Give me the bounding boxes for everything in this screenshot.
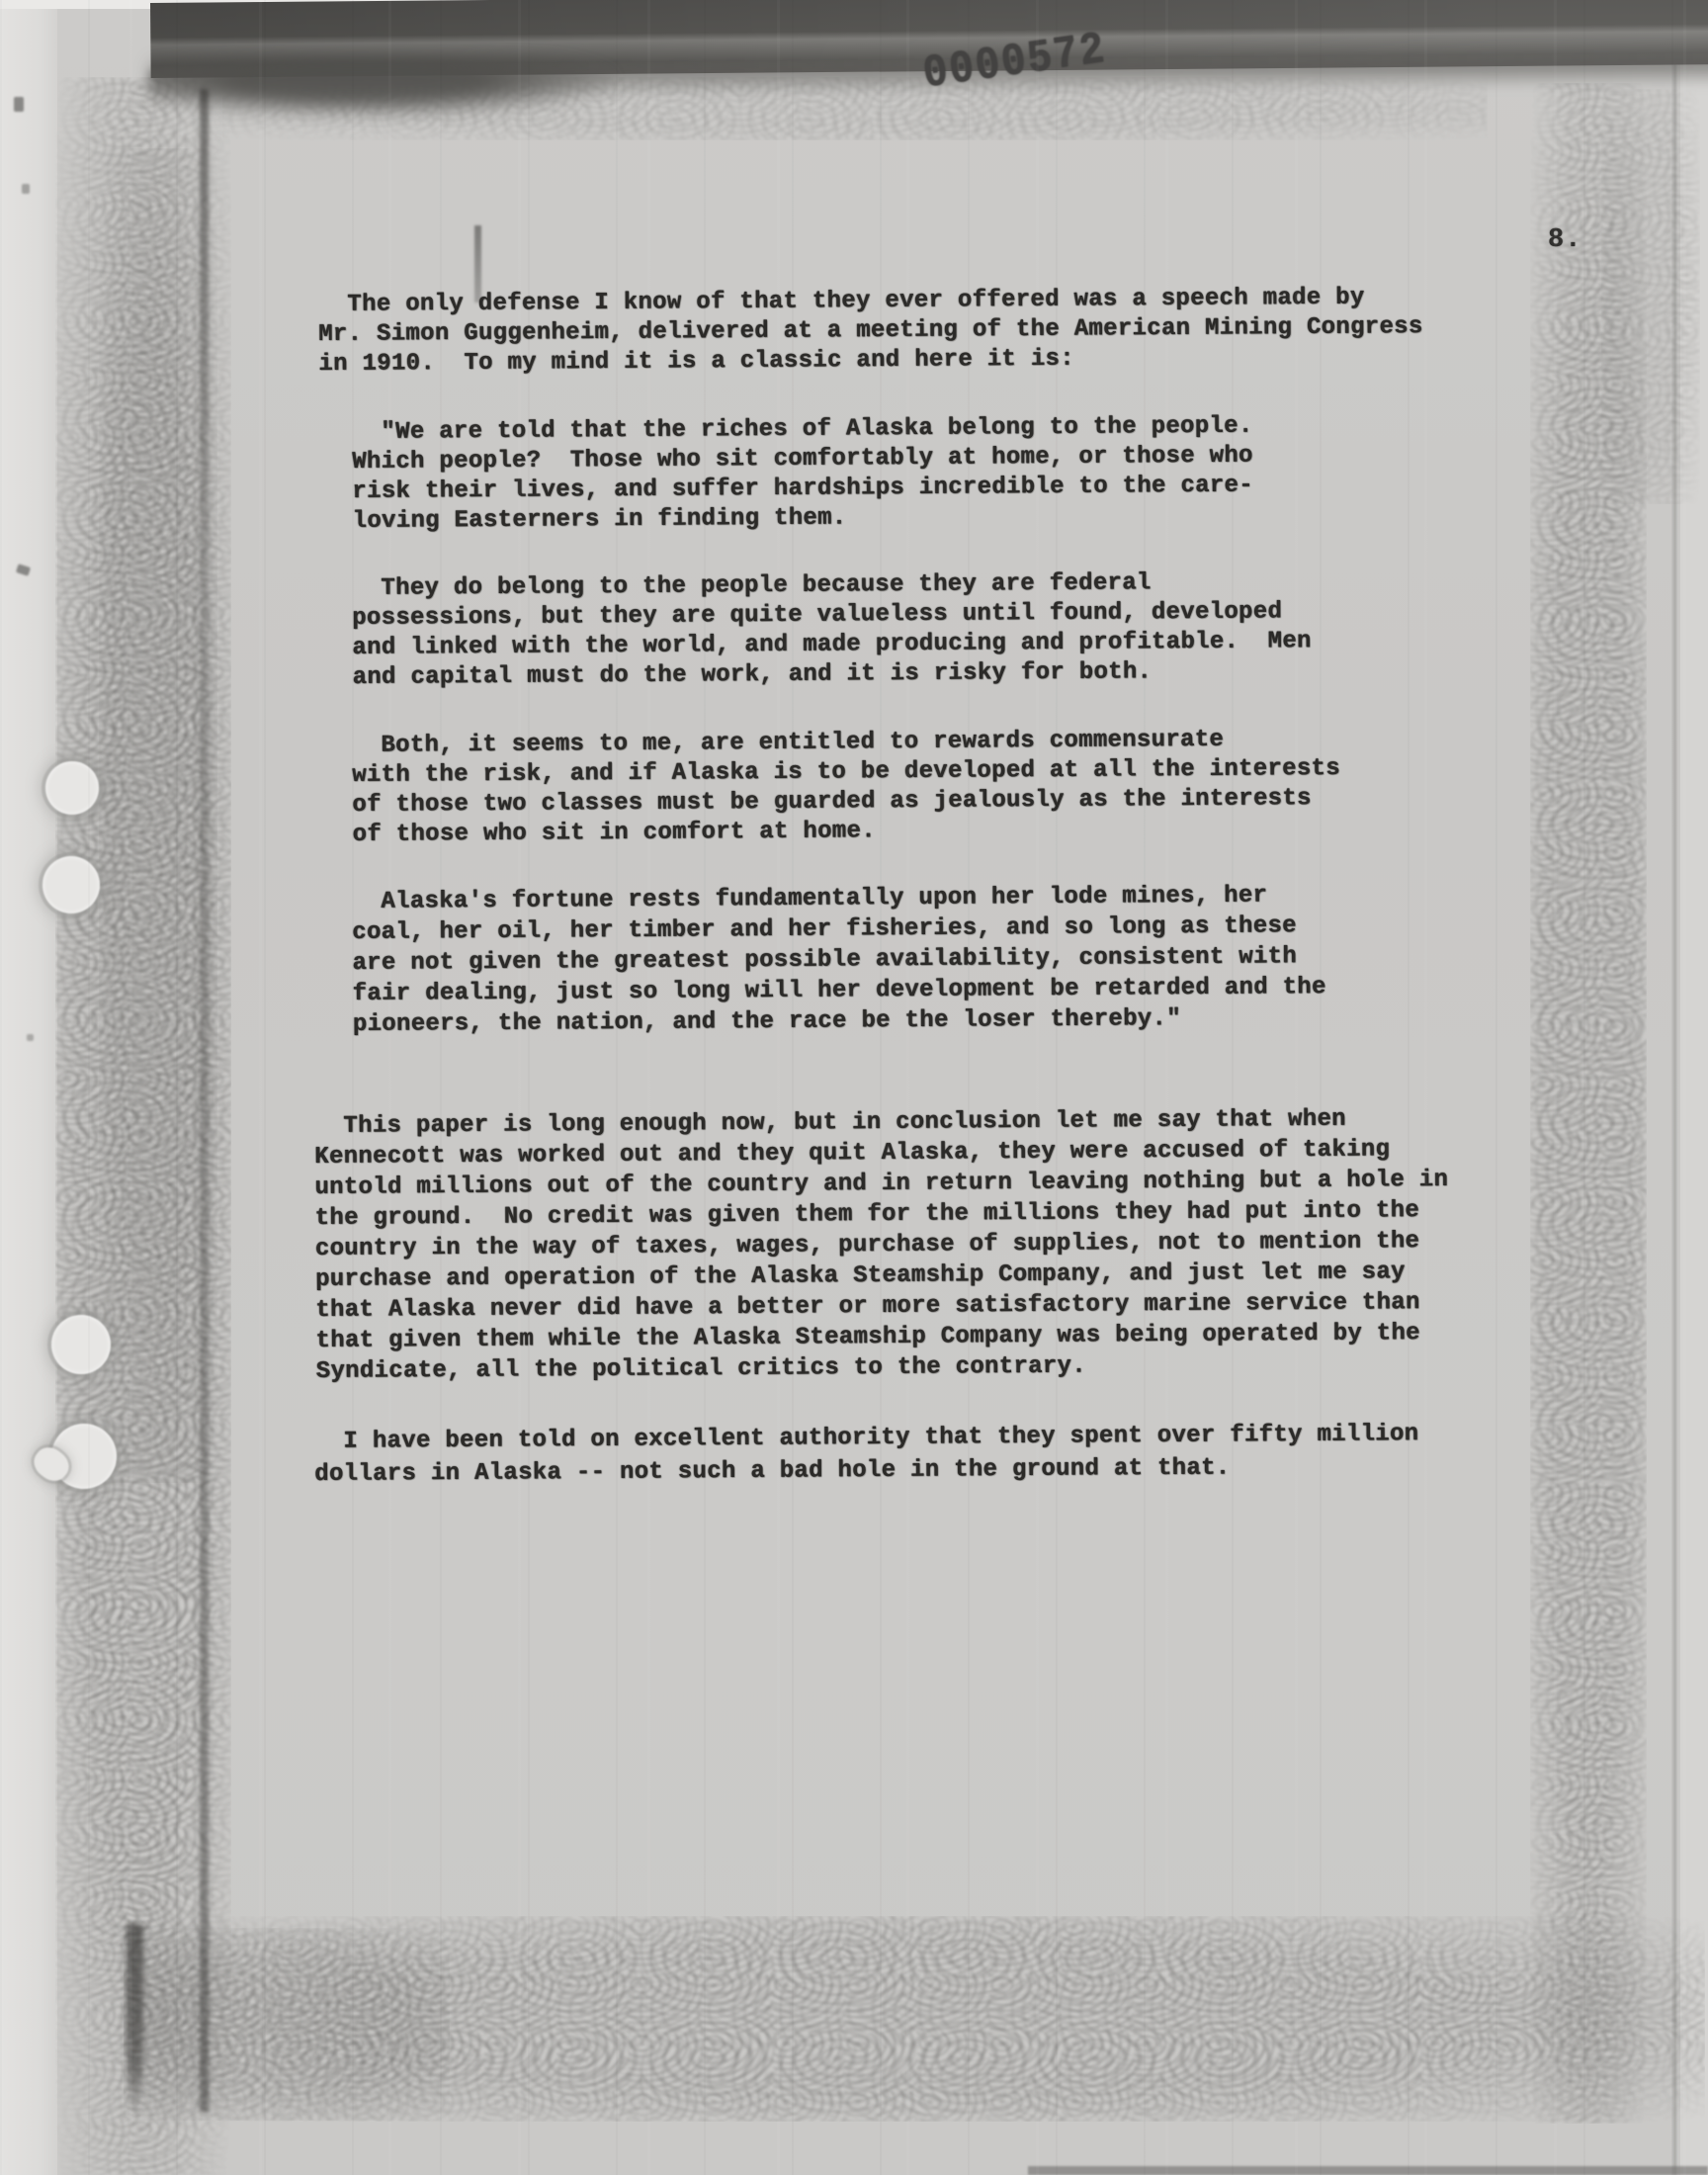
quote-paragraph-4: Alaska's fortune rests fundamentally upo…: [352, 880, 1326, 1040]
right-scan-noise: [1530, 83, 1647, 2124]
paragraph-intro: The only defense I know of that they eve…: [318, 283, 1423, 380]
punch-hole: [43, 856, 100, 913]
bottom-fold-streak: [127, 1924, 143, 2118]
punch-hole: [51, 1315, 111, 1374]
edge-smudge: [22, 184, 30, 194]
right-edge-line: [1673, 0, 1676, 2175]
top-scan-band-lobe: [148, 57, 613, 117]
bottom-edge-shadow: [1028, 2166, 1708, 2175]
quote-paragraph-3: Both, it seems to me, are entitled to re…: [352, 725, 1341, 850]
right-paper-edge: [1680, 0, 1708, 2175]
edge-smudge: [14, 97, 24, 112]
left-fold-line: [200, 89, 209, 2112]
left-paper-edge: [0, 0, 57, 2175]
quote-paragraph-2: They do belong to the people because the…: [352, 567, 1312, 693]
paragraph-closing: I have been told on excellent authority …: [314, 1418, 1419, 1491]
paragraph-conclusion: This paper is long enough now, but in co…: [314, 1103, 1450, 1387]
scanned-page: 0000572 8. The only defense I know of th…: [0, 0, 1708, 2175]
edge-smudge: [27, 1034, 34, 1041]
punch-hole: [45, 761, 99, 815]
bottom-scan-noise: [124, 1916, 1705, 2122]
page-number: 8.: [1548, 225, 1581, 255]
quote-paragraph-1: "We are told that the riches of Alaska b…: [352, 412, 1253, 537]
bottom-scan-noise: [124, 1928, 450, 2121]
